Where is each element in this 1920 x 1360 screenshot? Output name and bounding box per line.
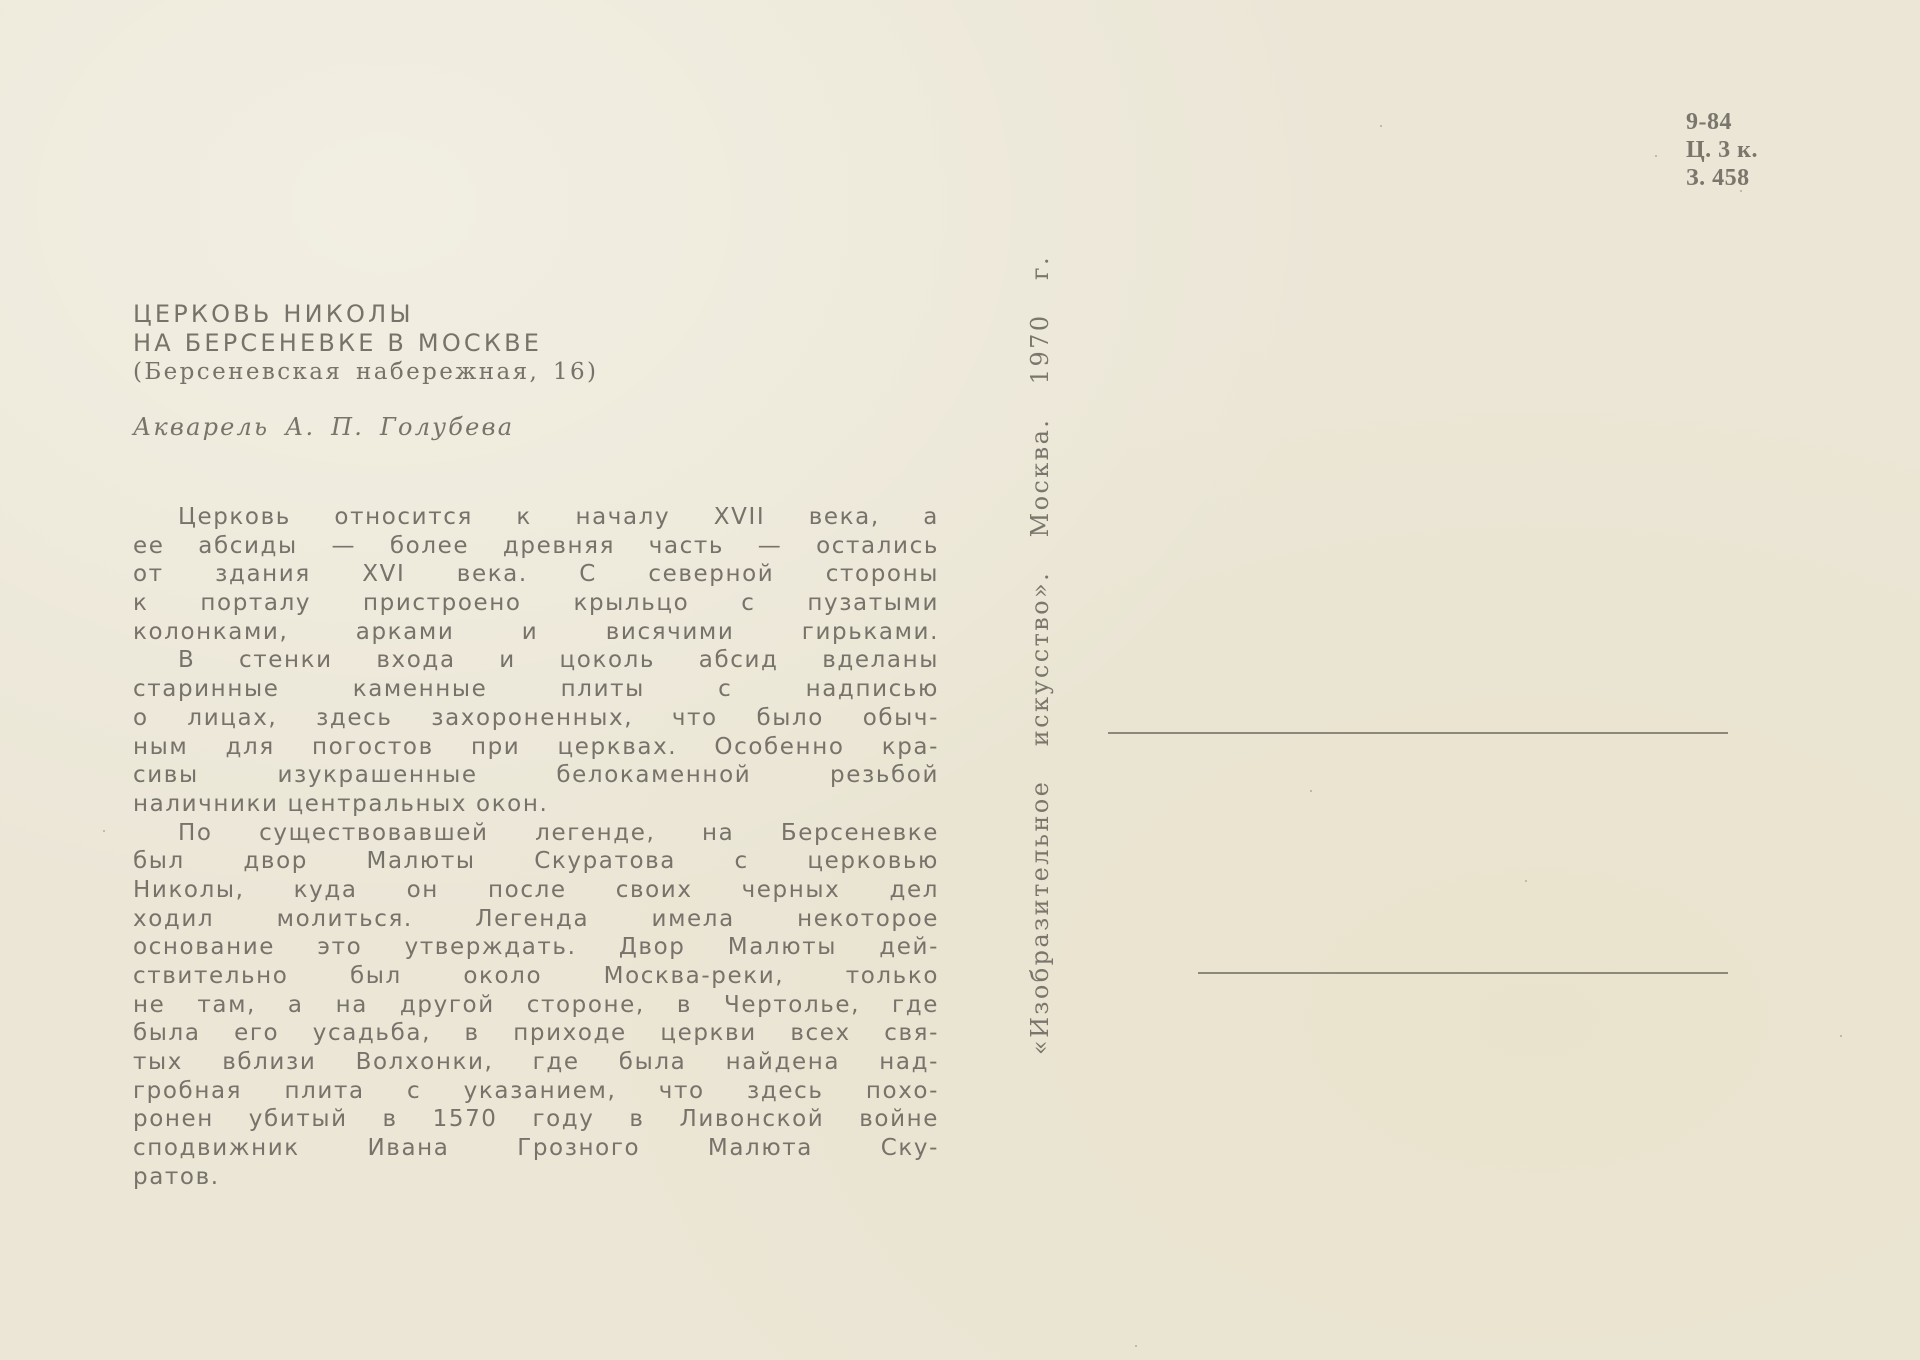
card-address: (Берсеневская набережная, 16) (133, 358, 598, 387)
description-line: гробная плита с указанием, что здесь пох… (133, 1077, 939, 1106)
paper-speck (1525, 880, 1527, 882)
address-rule-1 (1108, 732, 1728, 734)
address-rule-2 (1198, 972, 1728, 974)
description-line: сподвижник Ивана Грозного Малюта Ску- (133, 1134, 939, 1163)
description-line: ронен убитый в 1570 году в Ливонской вой… (133, 1105, 939, 1134)
paper-speck (103, 830, 105, 832)
description-text: Церковь относится к началу XVII века, а … (133, 503, 939, 1192)
description-line: колонками, арками и висячими гирьками. (133, 618, 939, 647)
description-line: ее абсиды — более древняя часть — остали… (133, 532, 939, 561)
description-line: ходил молиться. Легенда имела некоторое (133, 905, 939, 934)
price-label: Ц. 3 к. (1686, 136, 1758, 164)
description-line: ным для погостов при церквах. Особенно к… (133, 733, 939, 762)
artist-credit: Акварель А. П. Голубева (133, 413, 514, 441)
description-line: была его усадьба, в приходе церкви всех … (133, 1019, 939, 1048)
order-number: З. 458 (1686, 164, 1758, 192)
publisher-codes: 9-84 Ц. 3 к. З. 458 (1686, 108, 1758, 192)
description-line: от здания XVI века. С северной стороны (133, 560, 939, 589)
description-line: был двор Малюты Скуратова с церковью (133, 847, 939, 876)
description-line: о лицах, здесь захороненных, что было об… (133, 704, 939, 733)
description-line: тых вблизи Волхонки, где была найдена на… (133, 1048, 939, 1077)
paper-speck (1310, 790, 1312, 792)
description-line: Церковь относится к началу XVII века, а (133, 503, 939, 532)
paper-speck (1740, 190, 1742, 192)
description-line: ствительно был около Москва-реки, только (133, 962, 939, 991)
description-line: наличники центральных окон. (133, 790, 939, 819)
card-title-line-1: ЦЕРКОВЬ НИКОЛЫ (133, 300, 598, 329)
paper-speck (1655, 155, 1657, 157)
card-title-line-2: НА БЕРСЕНЕВКЕ В МОСКВЕ (133, 329, 598, 358)
print-code: 9-84 (1686, 108, 1758, 136)
publisher-imprint: «Изобразительное искусство». Москва. 197… (1026, 255, 1054, 1055)
paper-speck (1380, 125, 1382, 127)
description-line: ратов. (133, 1163, 939, 1192)
description-line: основание это утверждать. Двор Малюты де… (133, 933, 939, 962)
description-line: не там, а на другой стороне, в Чертолье,… (133, 991, 939, 1020)
paper-speck (1135, 1345, 1137, 1347)
description-line: к порталу пристроено крыльцо с пузатыми (133, 589, 939, 618)
card-title-block: ЦЕРКОВЬ НИКОЛЫ НА БЕРСЕНЕВКЕ В МОСКВЕ (Б… (133, 300, 598, 387)
description-line: Николы, куда он после своих черных дел (133, 876, 939, 905)
description-line: В стенки входа и цоколь абсид вделаны (133, 646, 939, 675)
description-line: старинные каменные плиты с надписью (133, 675, 939, 704)
description-line: По существовавшей легенде, на Берсеневке (133, 819, 939, 848)
description-line: сивы изукрашенные белокаменной резьбой (133, 761, 939, 790)
paper-speck (1840, 1035, 1842, 1037)
